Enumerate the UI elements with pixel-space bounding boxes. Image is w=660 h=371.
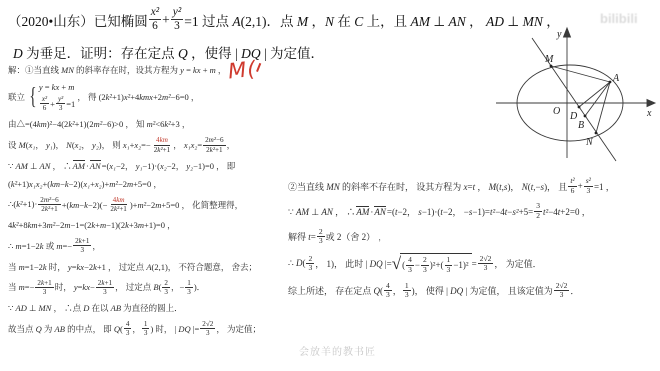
solution-line: 由△=(4km)²−4(2k²+1)(2m²−6)>0 ， 知 m²<6k²+3…	[8, 118, 290, 130]
solution-line: ②当直线 MN 的斜率不存在时， 设其方程为 x=t ， M(t,s)， N(t…	[288, 177, 658, 195]
solution-line: 4k²+8km+3m²−2m−1=(2k+m−1)(2k+3m+1)=0 ，	[8, 219, 290, 231]
label-B: B	[578, 120, 584, 131]
solution-line: ∵ AM ⊥ AN ， ∴AM·AN=(x₁−2， y₁−1)·(x₂−2， y…	[8, 160, 290, 172]
problem-title-line-1: （2020•山东）已知椭圆 x²6+y²3=1 过点 A(2,1)．点 M ，N…	[8, 6, 560, 33]
label-D: D	[569, 111, 578, 122]
point-M	[550, 65, 553, 68]
solution-line: 综上所述， 存在定点 Q(43， 13)， 使得 | DQ | 为定值， 且该定…	[288, 282, 658, 300]
problem-title-line-2: D 为垂足．证明：存在定点 Q ，使得 | DQ | 为定值．	[13, 42, 324, 62]
label-N: N	[585, 137, 594, 148]
solution-left-column: 解：①当直线 MN 的斜率存在时，设其方程为 y = kx + m ，联立{y …	[8, 64, 290, 337]
ellipse-diagram: y x O M A D B N	[486, 26, 658, 168]
solution-line: ∴ m=1−2k 或 m=−2k+13，	[8, 237, 290, 254]
solution-line: 当 m=1−2k 时， y=kx−2k+1 ， 过定点 A(2,1)， 不符合题…	[8, 261, 290, 273]
solution-line: ∵ AD ⊥ MN ， ∴点 D 在以 AB 为直径的圆上．	[8, 302, 290, 314]
label-A: A	[612, 73, 620, 84]
author-watermark: 会放羊的教书匠	[299, 343, 376, 358]
solution-line: ∴ D(23， 1)， 此时 | DQ |=√(43−23)²+(13−1)²=…	[288, 253, 658, 274]
lecture-slide: （2020•山东）已知椭圆 x²6+y²3=1 过点 A(2,1)．点 M ，N…	[0, 0, 660, 371]
x-axis-arrow-icon	[647, 100, 655, 107]
solution-line: 故当点 Q 为 AB 的中点， 即 Q(43， 13) 时， | DQ |=2√…	[8, 320, 290, 337]
segment-AN	[596, 82, 610, 133]
solution-line: 解得 t=23或 2（舍 2）﹐	[288, 228, 658, 246]
segment-AM	[551, 66, 610, 82]
label-origin: O	[553, 106, 560, 117]
solution-line: 设 M(x₁， y₁)， N(x₂， y₂)， 则 x₁+x₂=−4km2k²+…	[8, 136, 290, 153]
point-D	[578, 106, 581, 109]
label-x: x	[646, 108, 652, 119]
solution-line: 解：①当直线 MN 的斜率存在时，设其方程为 y = kx + m ，	[8, 64, 290, 76]
solution-line: 当 m=−2k+13时， y=kx−2k+13， 过定点 B(23，−13)．	[8, 279, 290, 296]
solution-line: ∵ AM ⊥ AN ， ∴AM·AN=(t−2， s−1)·(t−2， −s−1…	[288, 202, 658, 220]
solution-line: ∴(k²+1)·2m²−62k²+1+(km−k−2)(−4km2k²+1)+m…	[8, 196, 290, 213]
bilibili-watermark: bilibili	[600, 11, 638, 26]
point-N	[595, 132, 598, 135]
y-axis-arrow-icon	[564, 28, 571, 37]
label-y: y	[556, 29, 562, 40]
solution-right-column: ②当直线 MN 的斜率不存在时， 设其方程为 x=t ， M(t,s)， N(t…	[288, 177, 658, 300]
solution-line: 联立{y = kx + mx²6+y²3=1， 得 (2k²+1)x²+4kmx…	[8, 82, 290, 112]
point-B	[584, 115, 587, 118]
point-A	[609, 81, 612, 84]
label-M: M	[544, 54, 554, 65]
solution-line: (k²+1)x₁x₂+(km−k−2)(x₁+x₂)+m²−2m+5=0 ，	[8, 178, 290, 190]
